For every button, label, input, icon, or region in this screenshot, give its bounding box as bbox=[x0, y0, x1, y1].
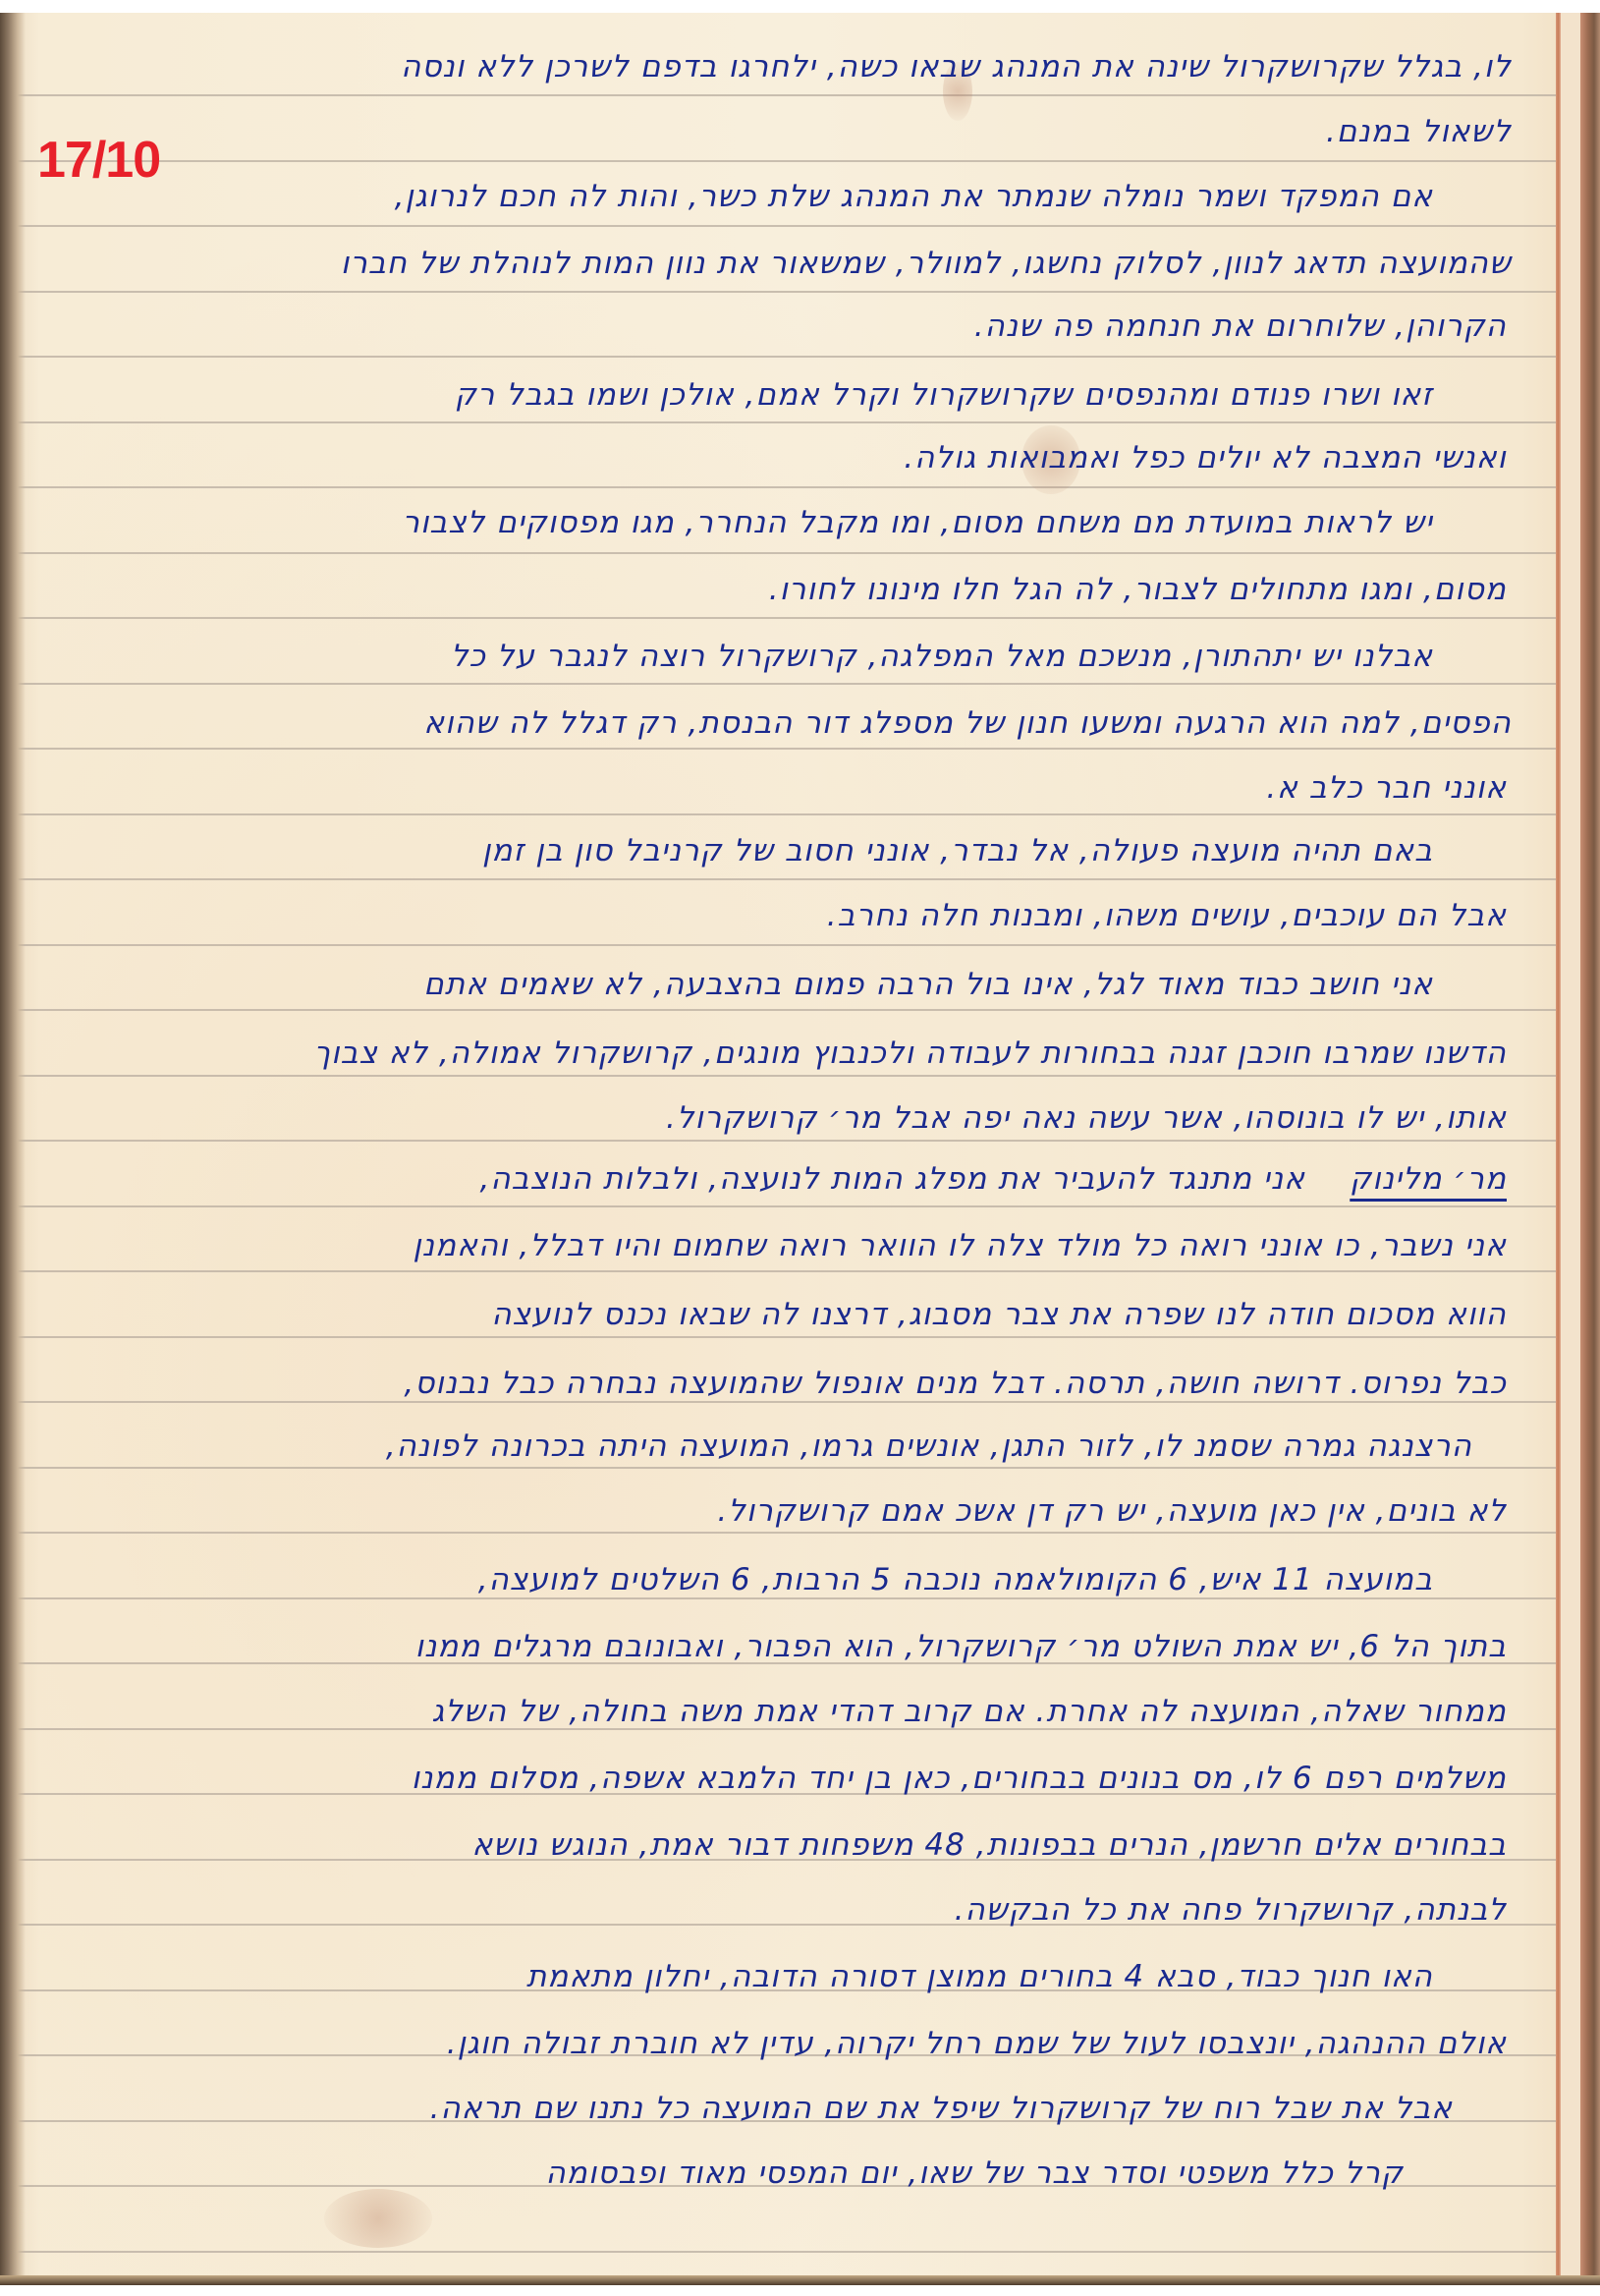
handwritten-line: אבלנו יש יתהתורן, מנשכם מאל המפלגה, קרוש… bbox=[451, 637, 1433, 676]
handwritten-line: ואנשי המצבה לא יולים כפל ואמבואות גולה. bbox=[904, 438, 1507, 477]
underlined-name: מר׳ מלינוק bbox=[1350, 1159, 1507, 1199]
handwritten-line: הדשנו שמרבו חוכבן זגנה בבחורות לעבודה ול… bbox=[313, 1034, 1507, 1073]
handwritten-line: אם המפקד ושמר נומלה שנמתר את המנהג שלת כ… bbox=[395, 177, 1433, 216]
ruled-line bbox=[10, 683, 1557, 685]
handwritten-line: כבל נפרוס. דרושה חושה, תרסה. דבל מנים או… bbox=[404, 1364, 1507, 1403]
paper-stain bbox=[324, 2189, 432, 2248]
margin-strip bbox=[1561, 13, 1580, 2285]
ruled-line bbox=[10, 1336, 1557, 1338]
ruled-line bbox=[10, 813, 1557, 815]
handwritten-line: זאו ושרו פנודם ומהנפסים שקרושקרול וקרל א… bbox=[455, 375, 1433, 415]
notebook-page: 17/10 לו, בגלל שקרושקרול שינה את המנהג ש… bbox=[0, 13, 1600, 2285]
handwritten-line: לשאול במנם. bbox=[1326, 112, 1512, 151]
handwritten-line: יש לראות במועדת מם משחם מסום, ומו מקבל ה… bbox=[402, 503, 1433, 542]
handwritten-line: באם תהיה מועצה פעולה, אל נבדר, אונני חסו… bbox=[482, 831, 1433, 870]
ruled-line bbox=[10, 617, 1557, 619]
ruled-line bbox=[10, 356, 1557, 358]
handwritten-line: לו, בגלל שקרושקרול שינה את המנהג שבאו כש… bbox=[401, 47, 1512, 86]
handwritten-line: האו חנוך כבוד, סבא 4 בחורים ממוצן דסורה … bbox=[526, 1957, 1433, 1996]
ruled-line bbox=[10, 421, 1557, 423]
notebook-binding-edge bbox=[1580, 13, 1600, 2285]
ruled-lines bbox=[10, 13, 1557, 2285]
handwritten-line: בבחורים אלים חרשמן, הנרים בבפונות, 48 מש… bbox=[471, 1825, 1507, 1865]
handwritten-line: לא בונים, אין כאן מועצה, יש רק דן אשכ אמ… bbox=[717, 1491, 1507, 1531]
handwritten-line: אולם ההנהגה, יונצבסו לעול של שמם רחל יקר… bbox=[447, 2024, 1507, 2063]
ruled-line bbox=[10, 1075, 1557, 1077]
ruled-line bbox=[10, 1467, 1557, 1469]
handwritten-line: לבנתה, קרושקרול פחה את כל הבקשה. bbox=[955, 1890, 1507, 1930]
handwritten-line: ממחור שאלה, המועצה לה אחרת. אם קרוב דהדי… bbox=[432, 1692, 1508, 1731]
ruled-line bbox=[10, 1532, 1557, 1534]
ruled-line bbox=[10, 1205, 1557, 1207]
ruled-line bbox=[10, 878, 1557, 880]
ruled-line bbox=[10, 225, 1557, 227]
handwritten-line: אני נשבר, כו אונני רואה כל מולד צלה לו ה… bbox=[413, 1226, 1507, 1265]
handwritten-line: משלמים רפם 6 לו, מס בנונים בבחורים, כאן … bbox=[412, 1759, 1507, 1798]
handwritten-line: הפסים, למה הוא הרגעה ומשעו חנון של מספלג… bbox=[423, 703, 1512, 743]
ruled-line bbox=[10, 1270, 1557, 1272]
handwritten-line: הקרוהן, שלוחרום את חנחמה פה שנה. bbox=[974, 307, 1507, 346]
page-gutter-shadow bbox=[0, 13, 26, 2285]
handwritten-line: אבל את שבל רוח של קרושקרול שיפל את שם המ… bbox=[430, 2089, 1453, 2128]
page-bottom-edge bbox=[0, 2275, 1600, 2285]
date-stamp: 17/10 bbox=[37, 131, 160, 190]
ruled-line bbox=[10, 291, 1557, 293]
handwritten-line: הווא מסכום חודה לנו שפרה את צבר מסבוג, ד… bbox=[491, 1295, 1507, 1334]
ruled-line bbox=[10, 1009, 1557, 1011]
handwritten-line: קרל כלל משפטי וסדר צבר של שאו, יום המפסי… bbox=[546, 2154, 1404, 2193]
ruled-line bbox=[10, 160, 1557, 162]
handwritten-line: שהמועצה תדאג לנוון, לסלוק נחשגו, למוולר,… bbox=[341, 244, 1512, 283]
handwritten-line: בתוך הל 6, יש אמת השולט מר׳ קרושקרול, הו… bbox=[415, 1627, 1507, 1666]
ruled-line bbox=[10, 552, 1557, 554]
ruled-line bbox=[10, 486, 1557, 488]
handwritten-line: אני חושב כבוד מאוד לגל, אינו בול הרבה פמ… bbox=[423, 965, 1433, 1004]
ruled-line bbox=[10, 94, 1557, 96]
ruled-line bbox=[10, 2251, 1557, 2253]
handwritten-line: מסום, ומגו מתחולים לצבור, לה הגל חלו מינ… bbox=[769, 570, 1507, 609]
handwritten-line: אותו, יש לו בונוסהו, אשר עשה נאה יפה אבל… bbox=[666, 1098, 1507, 1138]
handwritten-line: אבל הם עוכבים, עושים משהו, ומבנות חלה נח… bbox=[827, 896, 1507, 935]
ruled-line bbox=[10, 748, 1557, 750]
handwritten-line: אונני חבר כלב א. bbox=[1266, 768, 1507, 808]
handwritten-line: הרצנגה גמרה שסמנ לו, לזור התגן, אונשים ג… bbox=[386, 1427, 1472, 1466]
ruled-line bbox=[10, 944, 1557, 946]
handwritten-line: במועצה 11 איש, 6 הקומולאמה נוכבה 5 הרבות… bbox=[478, 1560, 1433, 1599]
handwritten-line: אני מתנגד להעביר את מפלג המות לנועצה, ול… bbox=[480, 1159, 1305, 1199]
ruled-line bbox=[10, 1140, 1557, 1142]
